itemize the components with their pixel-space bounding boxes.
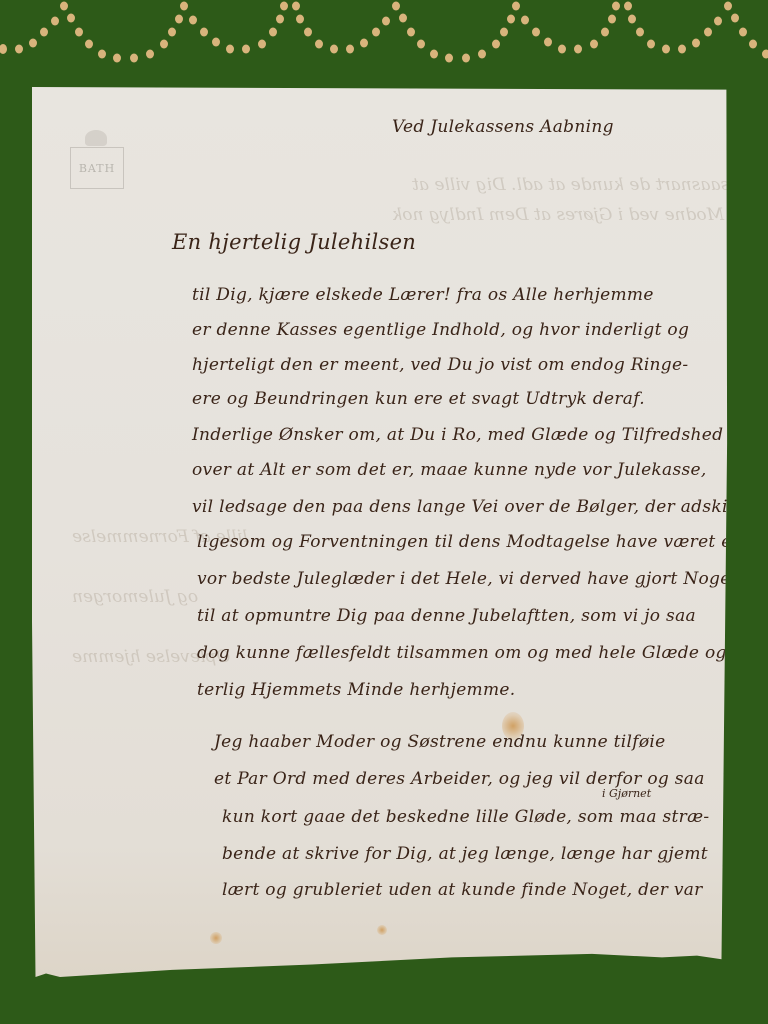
letter-line: et Par Ord med deres Arbeider, og jeg vi… [214, 769, 705, 789]
letter-line: ligesom og Forventningen til dens Modtag… [197, 532, 766, 552]
greeting-heading: En hjertelig Julehilsen [172, 230, 416, 254]
bath-watermark-emblem: BATH [70, 147, 124, 189]
letter-line: over at Alt er som det er, maae kunne ny… [192, 460, 707, 480]
dateline: Ved Julekassens Aabning [392, 117, 614, 137]
letter-line: ere og Beundringen kun ere et svagt Udtr… [192, 389, 645, 409]
letter-paper: BATH at saasnart de kunde at adl. Dig vi… [32, 87, 732, 977]
show-through-text: at saasnart de kunde at adl. Dig ville a… [412, 175, 752, 195]
letter-line: hjerteligt den er meent, ved Du jo vist … [192, 355, 688, 375]
letter-line: vor bedste Juleglæder i det Hele, vi der… [197, 569, 738, 589]
letter-line: terlig Hjemmets Minde herhjemme. [197, 680, 515, 700]
garland-dots-decoration [0, 0, 768, 70]
paper-stain [210, 932, 222, 944]
letter-line: lært og grubleriet uden at kunde finde N… [222, 880, 703, 900]
letter-line: Inderlige Ønsker om, at Du i Ro, med Glæ… [192, 425, 723, 445]
paper-stain [377, 925, 387, 935]
show-through-text: og Julemorgen [72, 587, 198, 607]
show-through-text: og Modne ved i Gjøres at Dem Indlyg nok [392, 205, 751, 225]
letter-line: dog kunne fællesfeldt tilsammen om og me… [197, 643, 768, 663]
letter-line: til Dig, kjære elskede Lærer! fra os All… [192, 285, 654, 305]
letter-line: bende at skrive for Dig, at jeg længe, l… [222, 844, 708, 864]
interlinear-insertion: i Gjørnet [602, 787, 651, 800]
letter-line: er denne Kasses egentlige Indhold, og hv… [192, 320, 689, 340]
letter-line: til at opmuntre Dig paa denne Jubelaftte… [197, 606, 696, 626]
letter-line: vil ledsage den paa dens lange Vei over … [192, 497, 768, 517]
letter-line: Jeg haaber Moder og Søstrene endnu kunne… [214, 732, 665, 752]
letter-line: kun kort gaae det beskedne lille Gløde, … [222, 807, 709, 827]
